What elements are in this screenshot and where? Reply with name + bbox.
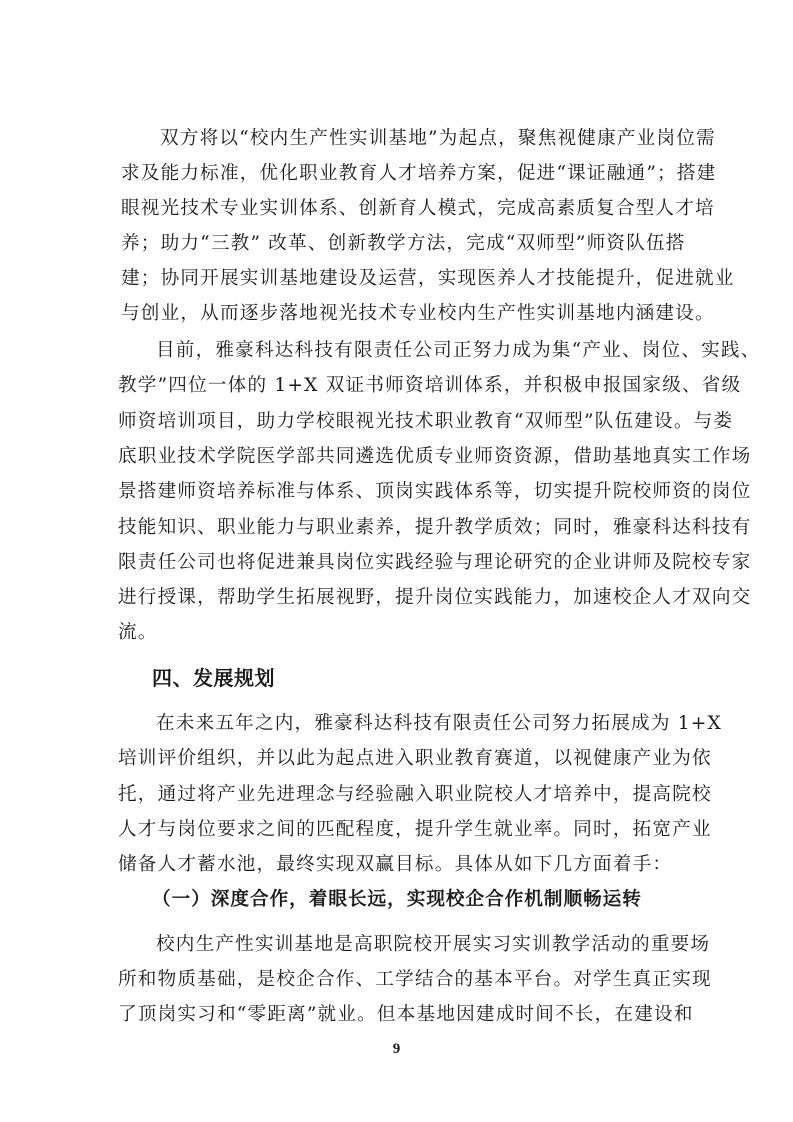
paragraph-2-line-5: 景搭建师资培养标准与体系、顶岗实践体系等，切实提升院校师资的岗位 (118, 480, 678, 504)
paragraph-1-line-3: 眼视光技术专业实训体系、创新育人模式，完成高素质复合型人才培 (121, 197, 678, 221)
paragraph-1-line-6: 与创业，从而逐步落地视光技术专业校内生产性实训基地内涵建设。 (121, 302, 678, 326)
paragraph-1-line-5: 建；协同开展实训基地建设及运营，实现医养人才技能提升，促进就业 (121, 267, 678, 291)
paragraph-2-line-3: 师资培训项目，助力学校眼视光技术职业教育“双师型”队伍建设。与娄 (118, 410, 678, 434)
paragraph-2-line-6: 技能知识、职业能力与职业素养，提升教学质效；同时，雅豪科达科技有 (118, 516, 678, 540)
subsection-paragraph-line-1: 校内生产性实训基地是高职院校开展实习实训教学活动的重要场 (156, 933, 678, 957)
subsection-paragraph-line-3: 了顶岗实习和“零距离”就业。但本基地因建成时间不长，在建设和 (118, 1003, 678, 1027)
paragraph-2-line-4: 底职业技术学院医学部共同遴选优质专业师资资源，借助基地真实工作场 (118, 445, 678, 469)
page-number: 9 (0, 1040, 793, 1058)
section-paragraph-line-1: 在未来五年之内，雅豪科达科技有限责任公司努力拓展成为 1+X (156, 712, 678, 736)
paragraph-2-line-8: 进行授课，帮助学生拓展视野，提升岗位实践能力，加速校企人才双向交 (118, 586, 678, 610)
section-heading: 四、发展规划 (152, 665, 275, 691)
paragraph-2-line-7: 限责任公司也将促进兼具岗位实践经验与理论研究的企业讲师及院校专家 (118, 551, 678, 575)
section-paragraph-line-4: 人才与岗位要求之间的匹配程度，提升学生就业率。同时，拓宽产业 (118, 818, 678, 842)
document-page: 双方将以“校内生产性实训基地”为起点，聚焦视健康产业岗位需 求及能力标准，优化职… (0, 0, 793, 1122)
subsection-paragraph-line-2: 所和物质基础，是校企合作、工学结合的基本平台。对学生真正实现 (118, 968, 678, 992)
paragraph-1-line-2: 求及能力标准，优化职业教育人才培养方案，促进“课证融通”；搭建 (121, 162, 678, 186)
section-paragraph-line-3: 托，通过将产业先进理念与经验融入职业院校人才培养中，提高院校 (118, 783, 678, 807)
subsection-heading: （一）深度合作，着眼长远，实现校企合作机制顺畅运转 (152, 888, 672, 912)
paragraph-2-line-9: 流。 (118, 621, 678, 645)
paragraph-2-line-1: 目前，雅豪科达科技有限责任公司正努力成为集“产业、岗位、实践、 (156, 339, 678, 363)
paragraph-1-line-1: 双方将以“校内生产性实训基地”为起点，聚焦视健康产业岗位需 (160, 127, 678, 151)
paragraph-1-line-4: 养；助力“三教” 改革、创新教学方法，完成“双师型”师资队伍搭 (121, 232, 678, 256)
section-paragraph-line-5: 储备人才蓄水池，最终实现双赢目标。具体从如下几方面着手： (118, 853, 678, 877)
paragraph-2-line-2: 教学”四位一体的 1+X 双证书师资培训体系，并积极申报国家级、省级 (118, 374, 678, 398)
section-paragraph-line-2: 培训评价组织，并以此为起点进入职业教育赛道，以视健康产业为依 (118, 747, 678, 771)
